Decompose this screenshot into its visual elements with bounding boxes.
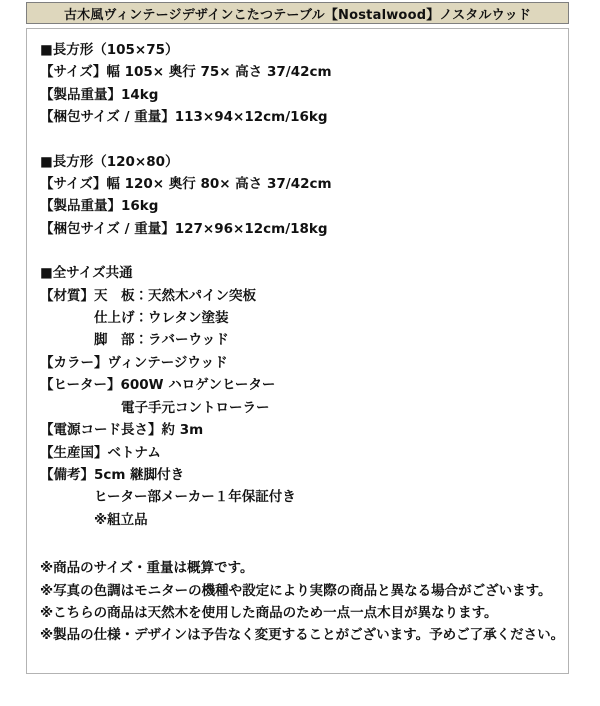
size-block-120x80: ■長方形（120×80）【サイズ】幅 120× 奥行 80× 高さ 37/42c…	[40, 151, 558, 241]
product-spec-page: 古木風ヴィンテージデザインこたつテーブル【Nostalwood】ノスタルウッド …	[0, 0, 600, 706]
spec-line: 【生産国】ベトナム	[40, 442, 558, 464]
spec-notes: ※商品のサイズ・重量は概算です。※写真の色調はモニターの機種や設定により実際の商…	[40, 557, 558, 647]
spec-line: 【カラー】ヴィンテージウッド	[40, 352, 558, 374]
note-line: ※こちらの商品は天然木を使用した商品のため一点一点木目が異なります。	[40, 602, 558, 624]
spec-line: ■長方形（120×80）	[40, 151, 558, 173]
spec-line: 脚 部：ラバーウッド	[40, 329, 558, 351]
product-title-bar: 古木風ヴィンテージデザインこたつテーブル【Nostalwood】ノスタルウッド	[26, 2, 569, 24]
spec-line: 【梱包サイズ / 重量】113×94×12cm/16kg	[40, 106, 558, 128]
common-spec-block: ■全サイズ共通【材質】天 板：天然木パイン突板 仕上げ：ウレタン塗装 脚 部：ラ…	[40, 262, 558, 531]
spec-line: 【材質】天 板：天然木パイン突板	[40, 285, 558, 307]
product-title: 古木風ヴィンテージデザインこたつテーブル【Nostalwood】ノスタルウッド	[64, 4, 531, 23]
spec-line: ヒーター部メーカー１年保証付き	[40, 486, 558, 508]
spec-blocks: ■長方形（105×75）【サイズ】幅 105× 奥行 75× 高さ 37/42c…	[40, 39, 558, 531]
spec-line: 【電源コード長さ】約 3m	[40, 419, 558, 441]
spec-line: 【サイズ】幅 105× 奥行 75× 高さ 37/42cm	[40, 61, 558, 83]
spec-line: ■全サイズ共通	[40, 262, 558, 284]
spec-line: 【サイズ】幅 120× 奥行 80× 高さ 37/42cm	[40, 173, 558, 195]
spec-line: 仕上げ：ウレタン塗装	[40, 307, 558, 329]
spec-line: 【備考】5cm 継脚付き	[40, 464, 558, 486]
spec-line: 【製品重量】16kg	[40, 195, 558, 217]
spec-line: 【ヒーター】600W ハロゲンヒーター	[40, 374, 558, 396]
spec-box: ■長方形（105×75）【サイズ】幅 105× 奥行 75× 高さ 37/42c…	[26, 28, 569, 674]
spec-line: 【製品重量】14kg	[40, 84, 558, 106]
size-block-105x75: ■長方形（105×75）【サイズ】幅 105× 奥行 75× 高さ 37/42c…	[40, 39, 558, 129]
note-line: ※写真の色調はモニターの機種や設定により実際の商品と異なる場合がございます。	[40, 580, 558, 602]
spec-line: 【梱包サイズ / 重量】127×96×12cm/18kg	[40, 218, 558, 240]
spec-line: ■長方形（105×75）	[40, 39, 558, 61]
note-line: ※製品の仕様・デザインは予告なく変更することがございます。予めご了承ください。	[40, 624, 558, 646]
note-line: ※商品のサイズ・重量は概算です。	[40, 557, 558, 579]
spec-line: 電子手元コントローラー	[40, 397, 558, 419]
spec-line: ※組立品	[40, 509, 558, 531]
